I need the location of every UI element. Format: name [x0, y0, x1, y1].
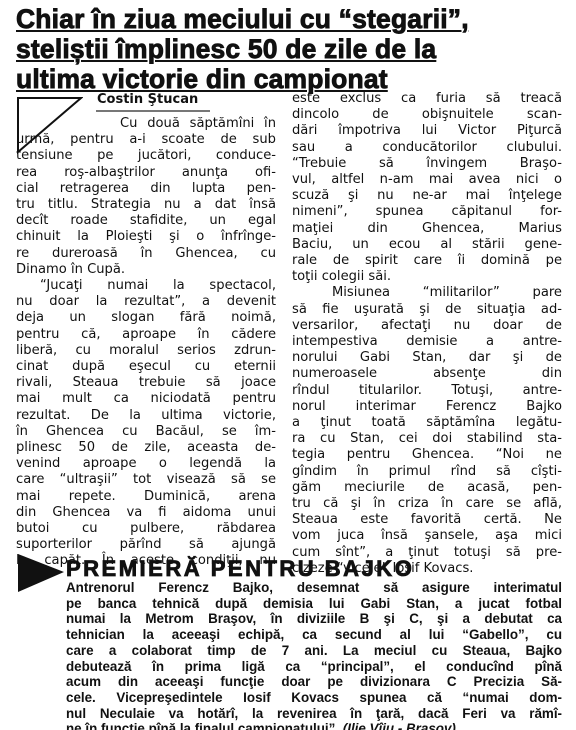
article-headline: Chiar în ziua meciului cu “stegarii”, st… [16, 4, 561, 94]
text-line: gîndim în primul rînd să cîşti- [292, 464, 562, 480]
text-line: acum din aceeaşi funcţie doar pe divizio… [66, 674, 562, 690]
text-line: nimeni”, spunea căpitanul for- [292, 204, 562, 220]
text-line: mai repete. Duminică, arena [16, 489, 276, 505]
box-title: PREMIERĂ PENTRU BAJKO [66, 556, 414, 582]
text-line: Antrenorul Ferencz Bajko, desemnat să as… [66, 580, 562, 596]
text-line: din Ghencea va fi aidoma unui [16, 505, 276, 521]
text-line: norului Gabi Stan, dar şi de [292, 350, 562, 366]
text-line: venind aproape o legendă la [16, 456, 276, 472]
box-body: Antrenorul Ferencz Bajko, desemnat să as… [66, 580, 562, 730]
text-line: ne în funcţie pînă la finalul campionatu… [66, 721, 562, 730]
text-line: vul, altfel n-am mai avea nici o [292, 172, 562, 188]
text-line: deja un slogan fără noimă, [16, 310, 276, 326]
text-line: numeroasele absenţe din [292, 366, 562, 382]
text-line: re dureroasă în Ghencea, cu [16, 246, 276, 262]
text-line: tru că şi în criza în care se află, [292, 496, 562, 512]
solid-arrow-triangle-icon [18, 554, 64, 594]
text-line: pe banca tehnică după demisia lui Gabi S… [66, 596, 562, 612]
text-line: chinuit la Ploieşti şi o înfrînge- [16, 229, 276, 245]
text-line: scuză şi nu ne-ar mai înţelege [292, 188, 562, 204]
text-line: mai mult ca niciodată pentru [16, 391, 276, 407]
text-line: rîndul titularilor. Totuşi, antre- [292, 383, 562, 399]
text-line: liberă, cu moralul serios zdrun- [16, 343, 276, 359]
headline-line: Chiar în ziua meciului cu “stegarii”, [16, 4, 561, 34]
text-line: găm meciurile de acasă, pen- [292, 480, 562, 496]
text-line: rezultat. De la ultima victorie, [16, 408, 276, 424]
text-line: cele. Vicepreşedintele Iosif Kovacs spun… [66, 690, 562, 706]
text-line: sau a conducătorilor clubului. [292, 140, 562, 156]
article-column-right: este exclus ca furia să treacă dincolo d… [292, 91, 562, 577]
text-line: este exclus ca furia să treacă [292, 91, 562, 107]
author-signature: (Ilie Vîju - Braşov) [343, 721, 456, 730]
text-line: maţiei din Ghencea, Marius [292, 221, 562, 237]
text-line: debutează în prima ligă ca “principal”, … [66, 659, 562, 675]
headline-line: ultima victorie din campionat [16, 64, 561, 94]
text-line: intempestiva demisie a antre- [292, 334, 562, 350]
text-line: versarilor, afectaţi nu doar de [292, 318, 562, 334]
text-line: decît roade stafidite, un egal [16, 213, 276, 229]
text-line: tensiune pe jucători, conduce- [16, 148, 276, 164]
text-line: toţii colegii săi. [292, 269, 562, 285]
text-line: numai la Metrom Braşov, în diviziile B ş… [66, 611, 562, 627]
text-line: Cu două săptămîni în [16, 116, 276, 132]
text-line: butoi cu pulbere, răbdarea [16, 521, 276, 537]
text-line: urmă, pentru a-i scoate de sub [16, 132, 276, 148]
text-line: rea roş-albaştrilor anunţa ofi- [16, 165, 276, 181]
text-line: cial retragerea din lupta pen- [16, 181, 276, 197]
text-line: vom juca însă şansele, aşa mici [292, 528, 562, 544]
byline-underline [96, 110, 210, 112]
text-line: nul Neculaie va hotărî, la revenirea în … [66, 706, 562, 722]
text-line: tehnician la aceeaşi echipă, ca secund a… [66, 627, 562, 643]
text-line: rale de spirit care îi domină pe [292, 253, 562, 269]
text-line: care “ultraşii” tot visează să se [16, 472, 276, 488]
text-line: tegia pentru Ghencea. “Noi ne [292, 447, 562, 463]
last-line-text: ne în funcţie pînă la finalul campionatu… [66, 721, 343, 730]
text-line: suporterilor părînd să ajungă [16, 537, 276, 553]
article-column-left: Cu două săptămîni în urmă, pentru a-i sc… [16, 116, 276, 570]
text-line: ra cu Stan, cei doi stabilind sta- [292, 431, 562, 447]
text-line: pentru că, aproape în cădere [16, 327, 276, 343]
text-line: care a colaborat timp de 7 ani. La meciu… [66, 643, 562, 659]
text-line: rivali, Steaua trebuie să joace [16, 375, 276, 391]
author-byline: Costin Ştucan [97, 92, 198, 107]
text-line: tru titlu. Strategia nu a dat însă [16, 197, 276, 213]
text-line: să fie uşurată şi de situaţia ad- [292, 302, 562, 318]
text-line: a ţinut toată săptămîna legătu- [292, 415, 562, 431]
headline-line: steliștii împlinesc 50 de zile de la [16, 34, 561, 64]
text-line: “Trebuie să învingem Braşo- [292, 156, 562, 172]
text-line: Dinamo în Cupă. [16, 262, 276, 278]
text-line: în Ghencea cu Bacăul, se îm- [16, 424, 276, 440]
text-line: norul interimar Ferencz Bajko [292, 399, 562, 415]
text-line: Baciu, un ecou al stării gene- [292, 237, 562, 253]
text-line: “Jucaţi numai la spectacol, [16, 278, 276, 294]
text-line: nu doar la rezultat”, a devenit [16, 294, 276, 310]
text-line: Misiunea “militarilor” pare [292, 285, 562, 301]
text-line: dincolo de obişnuitele scan- [292, 107, 562, 123]
text-line: cinat după eşecul cu eternii [16, 359, 276, 375]
text-line: Steaua este favorită certă. Ne [292, 512, 562, 528]
text-line: dări împotriva lui Victor Piţurcă [292, 123, 562, 139]
text-line: plinesc 50 de zile, aceasta de- [16, 440, 276, 456]
